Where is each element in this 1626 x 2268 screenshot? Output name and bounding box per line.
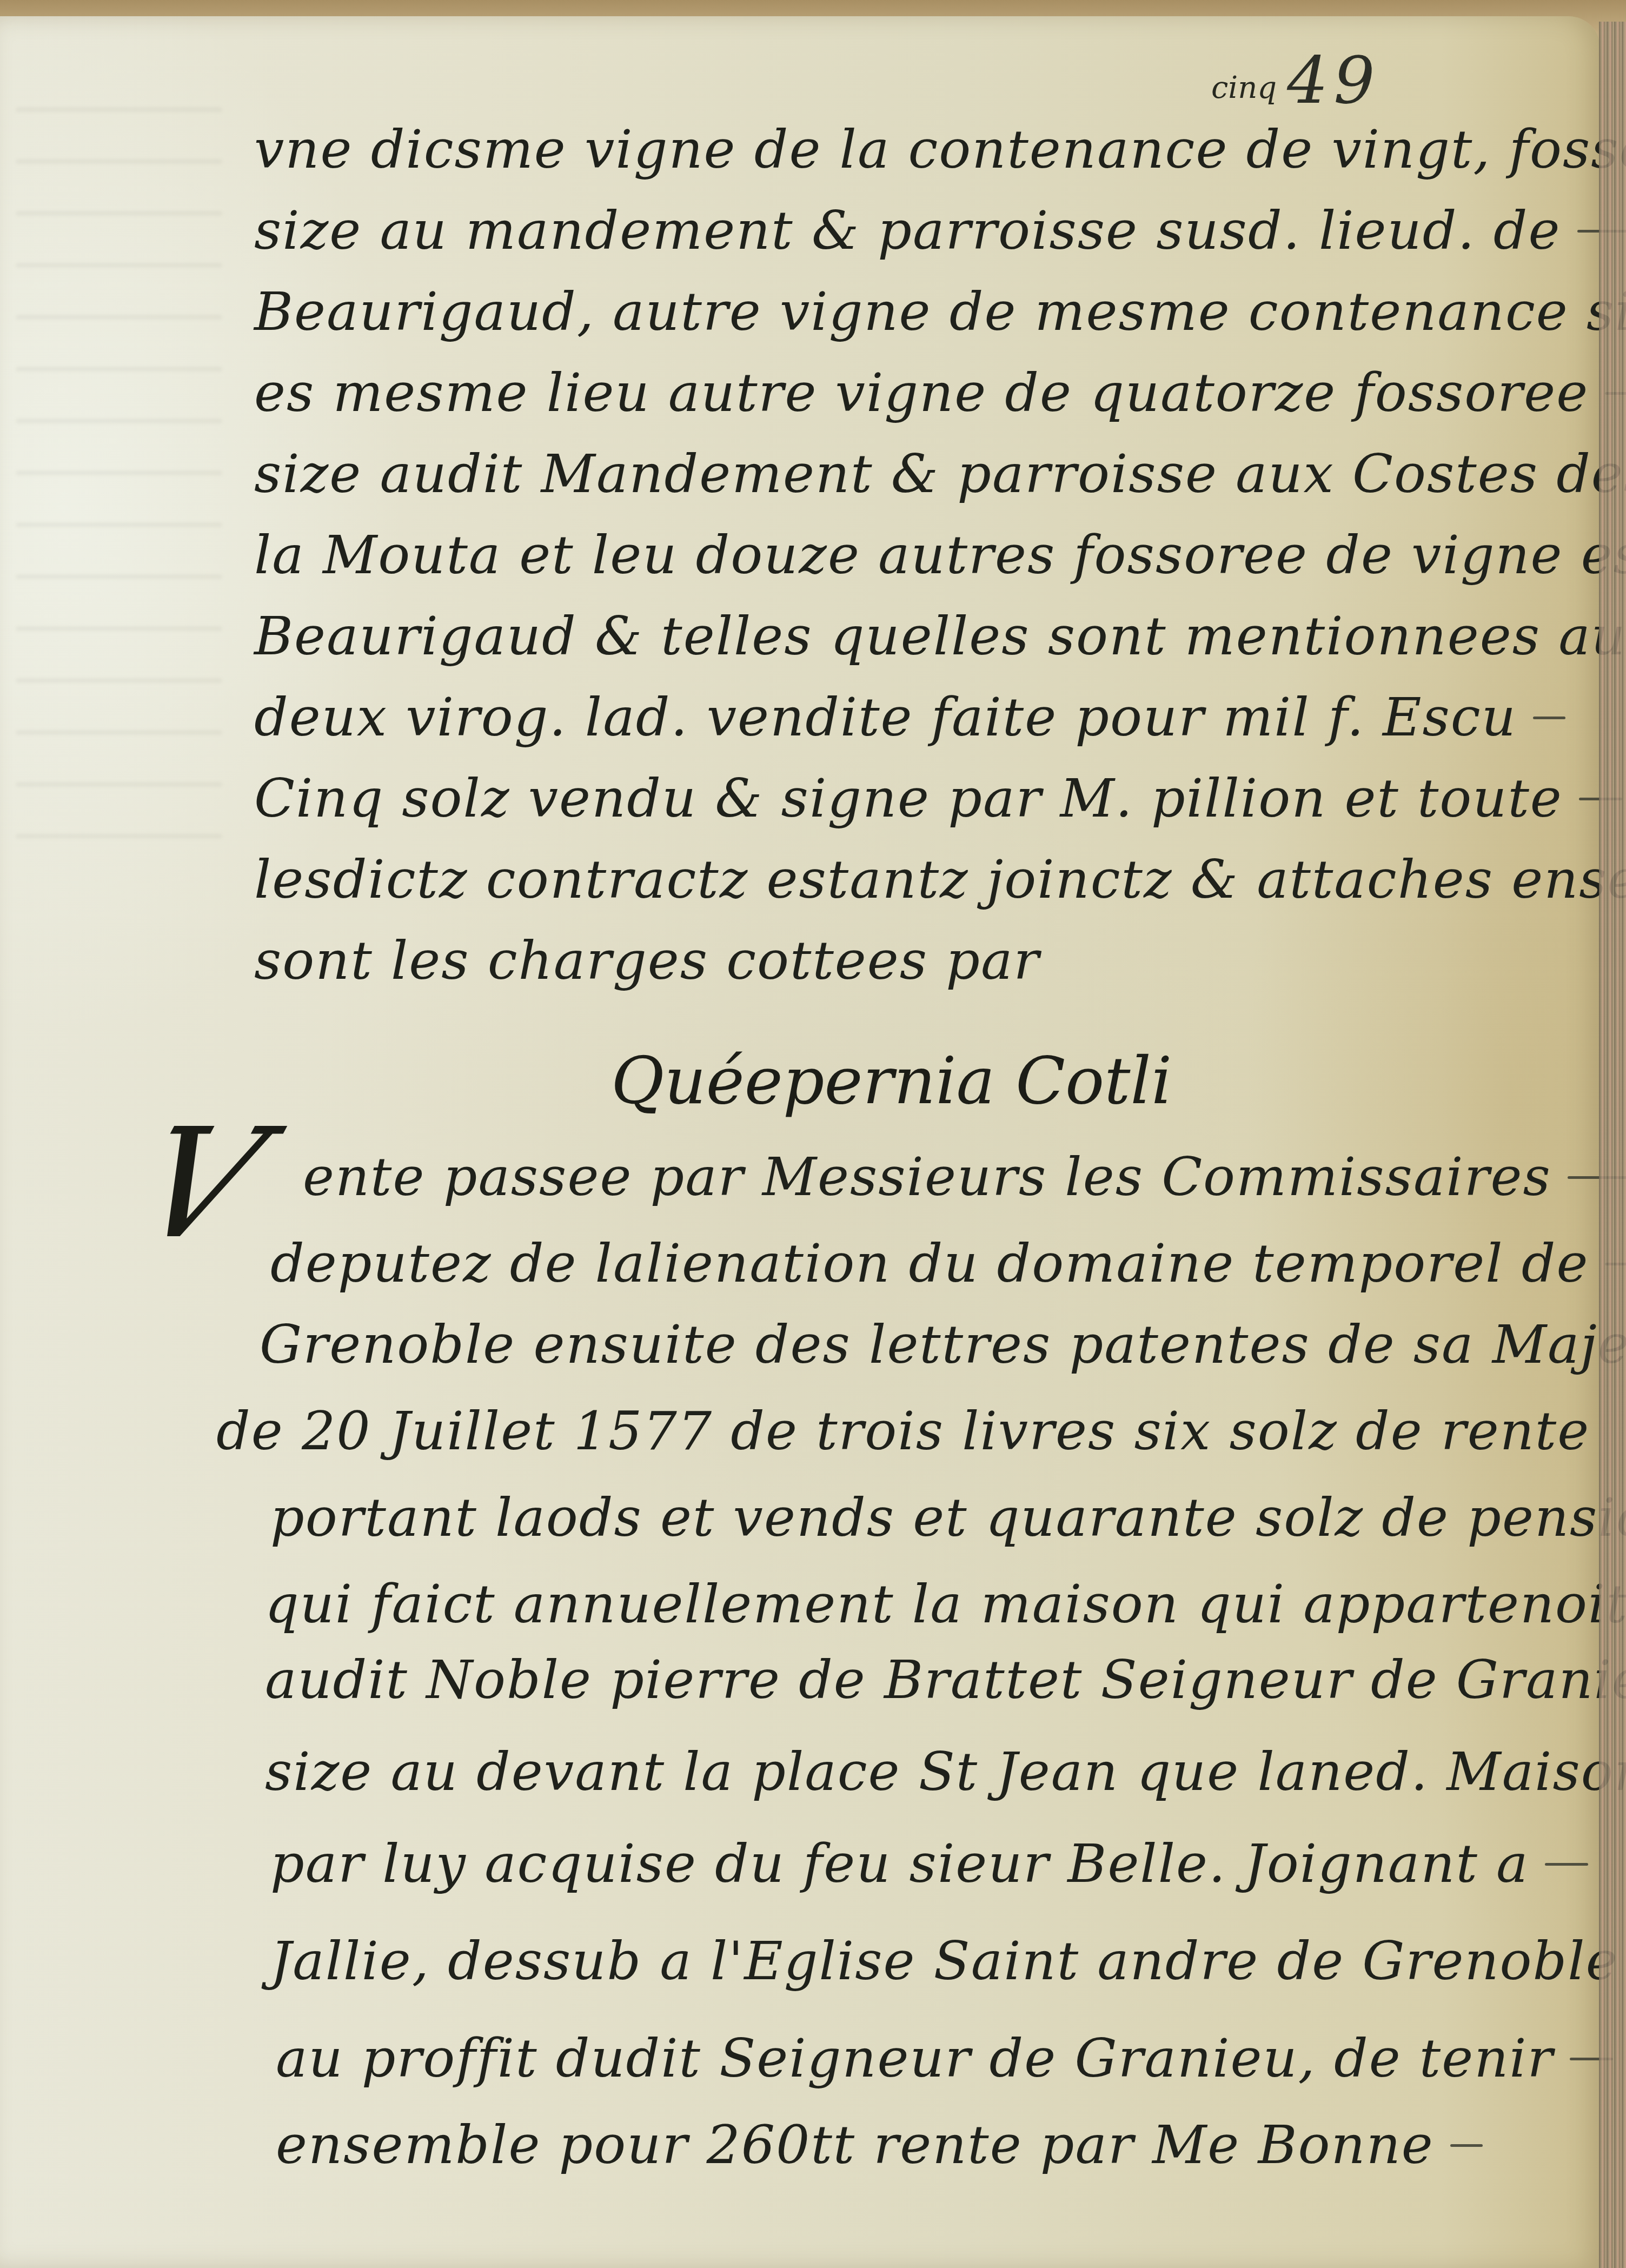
entry1-line-4: es mesme lieu autre vigne de quatorze fo…: [254, 362, 1626, 424]
entry2-line-10: Jallie, dessub a l'Eglise Saint andre de…: [270, 1931, 1626, 1992]
document-photo: 49 cinq vne dicsme vigne de la contenanc…: [0, 0, 1626, 2268]
line-text: portant laods et vends et quarante solz …: [270, 1487, 1626, 1549]
line-text: Grenoble ensuite des lettres patentes de…: [260, 1314, 1626, 1376]
entry2-line-6: qui faict annuellement la maison qui app…: [265, 1574, 1626, 1635]
line-text: Jallie, dessub a l'Eglise Saint andre de…: [270, 1931, 1618, 1992]
line-text: de 20 Juillet 1577 de trois livres six s…: [216, 1401, 1590, 1462]
entry2-line-2: deputez de lalienation du domaine tempor…: [270, 1233, 1626, 1295]
entry2-line-7: audit Noble pierre de Brattet Seigneur d…: [265, 1649, 1626, 1711]
line-text: es mesme lieu autre vigne de quatorze fo…: [254, 362, 1589, 424]
line-text: par luy acquise du feu sieur Belle. Joig…: [270, 1833, 1529, 1895]
entry2-line-9: par luy acquise du feu sieur Belle. Joig…: [270, 1833, 1588, 1895]
entry1-line-6: la Mouta et leu douze autres fossoree de…: [254, 525, 1626, 586]
insertion-above-line: cinq: [1211, 70, 1277, 105]
line-text: Beaurigaud, autre vigne de mesme contena…: [254, 281, 1626, 343]
line-text: la Mouta et leu douze autres fossoree de…: [254, 525, 1626, 586]
line-text: deux virog. lad. vendite faite pour mil …: [254, 687, 1517, 748]
line-text: qui faict annuellement la maison qui app…: [265, 1574, 1626, 1635]
line-text: Beaurigaud & telles quelles sont mention…: [254, 606, 1626, 667]
line-filler: [1545, 1863, 1588, 1866]
entry1-line-1: vne dicsme vigne de la contenance de vin…: [254, 119, 1626, 181]
entry1-line-5: size audit Mandement & parroisse aux Cos…: [254, 443, 1626, 505]
ink-bleed-through: [16, 81, 222, 838]
entry2-line-5: portant laods et vends et quarante solz …: [270, 1487, 1626, 1549]
entry2-line-12: ensemble pour 260tt rente par Me Bonne: [276, 2114, 1483, 2176]
line-text: audit Noble pierre de Brattet Seigneur d…: [265, 1649, 1626, 1711]
entry1-line-10: lesdictz contractz estantz joinctz & att…: [254, 849, 1626, 911]
line-text: deputez de lalienation du domaine tempor…: [270, 1233, 1589, 1295]
entry1-line-9: Cinq solz vendu & signe par M. pillion e…: [254, 768, 1622, 830]
section-heading: Quéepernia Cotli: [611, 1044, 1172, 1119]
entry1-line-7: Beaurigaud & telles quelles sont mention…: [254, 606, 1626, 667]
line-text: ensemble pour 260tt rente par Me Bonne: [276, 2114, 1434, 2176]
entry1-line-2: size au mandement & parroisse susd. lieu…: [254, 200, 1626, 262]
line-text: size audit Mandement & parroisse aux Cos…: [254, 443, 1626, 505]
line-filler: [1533, 717, 1565, 719]
line-text: lesdictz contractz estantz joinctz & att…: [254, 849, 1626, 911]
entry2-line-3: Grenoble ensuite des lettres patentes de…: [260, 1314, 1626, 1376]
line-text: ente passee par Messieurs les Commissair…: [303, 1146, 1551, 1208]
line-text: sont les charges cottees par: [254, 930, 1040, 992]
line-filler: [1450, 2144, 1483, 2147]
entry2-line-11: au proffit dudit Seigneur de Granieu, de…: [276, 2028, 1613, 2090]
entry2-line-8: size au devant la place St Jean que lane…: [265, 1741, 1626, 1803]
line-text: vne dicsme vigne de la contenance de vin…: [254, 119, 1626, 181]
entry2-line-1: ente passee par Messieurs les Commissair…: [303, 1146, 1626, 1208]
folio-number: 49: [1287, 43, 1381, 118]
entry2-line-4: de 20 Juillet 1577 de trois livres six s…: [216, 1401, 1590, 1462]
entry1-line-11: sont les charges cottees par: [254, 930, 1040, 992]
entry1-line-8: deux virog. lad. vendite faite pour mil …: [254, 687, 1565, 748]
line-text: size au devant la place St Jean que lane…: [265, 1741, 1626, 1803]
entry1-line-3: Beaurigaud, autre vigne de mesme contena…: [254, 281, 1626, 343]
line-text: size au mandement & parroisse susd. lieu…: [254, 200, 1561, 262]
line-text: au proffit dudit Seigneur de Granieu, de…: [276, 2028, 1554, 2090]
manuscript-page: 49 cinq vne dicsme vigne de la contenanc…: [0, 16, 1601, 2268]
decorated-initial: V: [122, 1109, 280, 1260]
page-block-edge: [1599, 22, 1626, 2268]
line-text: Cinq solz vendu & signe par M. pillion e…: [254, 768, 1563, 830]
